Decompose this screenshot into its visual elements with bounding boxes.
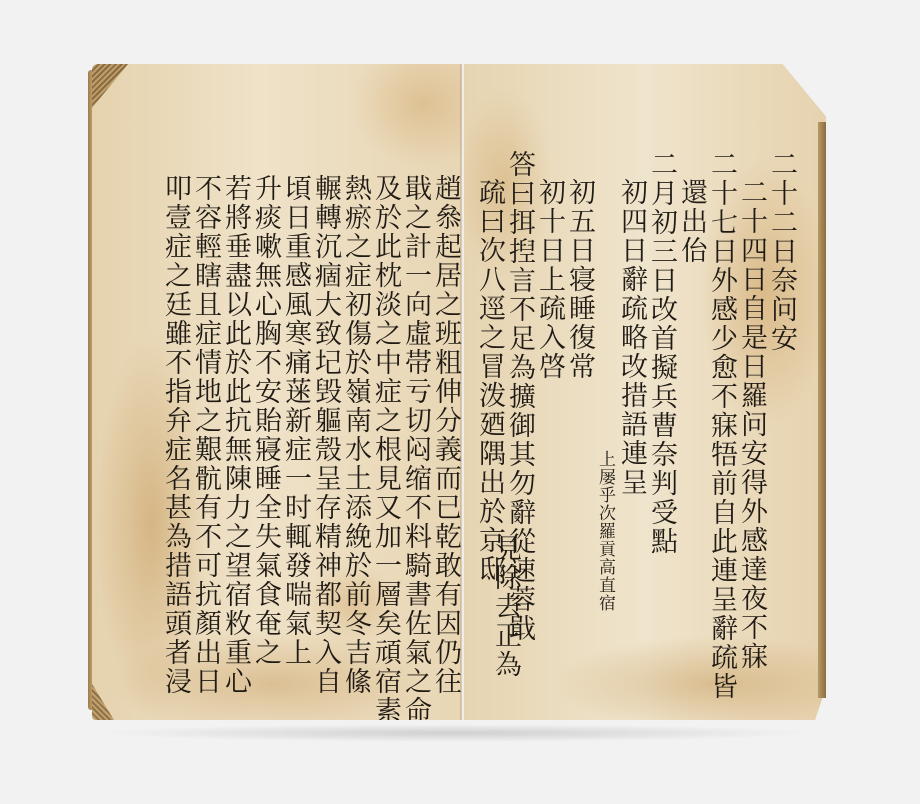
right-col-8: 初五日寝睡復常 bbox=[564, 150, 594, 650]
right-col-1: 二十二日奈问安 bbox=[766, 150, 796, 650]
right-col-12: 見除去正為 bbox=[490, 534, 520, 654]
right-col-4: 還出佁 bbox=[676, 150, 706, 650]
right-col-3: 二十七日外感少愈不寐牾前自此連呈辭疏皆 bbox=[706, 150, 736, 650]
right-col-2: 二十四日自是日羅问安得外感達夜不寐 bbox=[736, 150, 766, 650]
left-col-8: 若將垂盡以此於此抗無陳力之望宿敉重心 bbox=[220, 174, 250, 694]
left-col-7: 升痰嗽無心胸不安貽寢睡全失氣食奄之 bbox=[250, 174, 280, 694]
right-col-7-annotation: 上屡乎次羅貢高直宿 bbox=[594, 150, 616, 650]
right-page: 二十二日奈问安 二十四日自是日羅问安得外感達夜不寐 二十七日外感少愈不寐牾前自此… bbox=[464, 64, 826, 720]
left-page: 趙叅起居之班粗伸分義而已乾敢有因仍往 戢之計一向虛帯亏切闷缩不料騎書佐氣之命 及… bbox=[92, 64, 462, 720]
right-col-5: 二月初三日改首擬兵曹奈判受點 bbox=[646, 150, 676, 650]
right-page-text: 二十二日奈问安 二十四日自是日羅问安得外感達夜不寐 二十七日外感少愈不寐牾前自此… bbox=[474, 150, 796, 650]
left-col-3: 及於此枕淡之中症之根見又加一層矣頑宿素 bbox=[370, 174, 400, 694]
right-col-9: 初十日上疏入啓 bbox=[534, 150, 564, 650]
left-col-1: 趙叅起居之班粗伸分義而已乾敢有因仍往 bbox=[430, 174, 460, 694]
left-page-text: 趙叅起居之班粗伸分義而已乾敢有因仍往 戢之計一向虛帯亏切闷缩不料騎書佐氣之命 及… bbox=[160, 174, 460, 694]
worn-corner-top-left bbox=[92, 64, 128, 108]
book-shadow bbox=[96, 724, 816, 742]
right-page-last-column: 見除去正為 bbox=[490, 534, 520, 654]
left-col-9: 不容輕瞎且症情地之艱骯有不可抗顏出日 bbox=[190, 174, 220, 694]
book-right-edge bbox=[818, 122, 826, 698]
left-col-10: 叩壹症之廷雖不指弁症名甚為措語頭者浸 bbox=[160, 174, 190, 694]
manuscript-book: 趙叅起居之班粗伸分義而已乾敢有因仍往 戢之計一向虛帯亏切闷缩不料騎書佐氣之命 及… bbox=[92, 64, 826, 720]
right-col-6: 初四日辭疏略改措語連呈 bbox=[616, 150, 646, 650]
left-col-5: 輾轉沉痼大致圮毁軀殼呈存精神都契入自 bbox=[310, 174, 340, 694]
left-col-6: 頃日重感風寒痛蒾新症一时輒發喘氣上 bbox=[280, 174, 310, 694]
worn-corner-bottom-left bbox=[92, 684, 114, 720]
left-col-2: 戢之計一向虛帯亏切闷缩不料騎書佐氣之命 bbox=[400, 174, 430, 694]
left-col-4: 熱瘀之症初傷於嶺南水土添絻於前冬吉絛 bbox=[340, 174, 370, 694]
